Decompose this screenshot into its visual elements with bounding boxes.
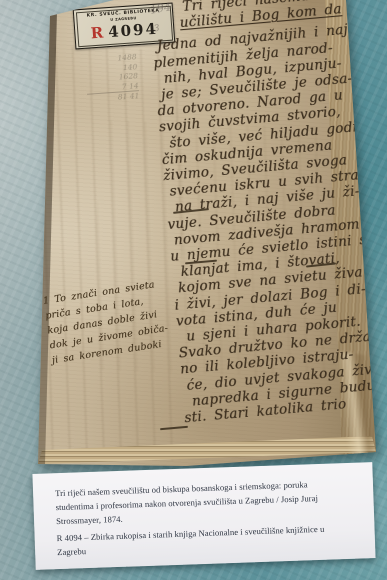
manuscript-photo: KR. SVEUČ. BIBLIOTEKA U ZAGREBU R4094 19… [0,0,387,580]
handwritten-text-main: Tri riječi našemu sve- učilištu i Bog ko… [148,0,387,427]
shelfmark-letter: R [90,23,106,42]
shelfmark-number: R4094 [90,20,158,43]
pencil-arithmetic: 1488 140 1628 7 14 81 41 [84,52,139,104]
exhibit-caption-card: Tri riječi našem sveučilištu od biskupa … [32,462,375,570]
